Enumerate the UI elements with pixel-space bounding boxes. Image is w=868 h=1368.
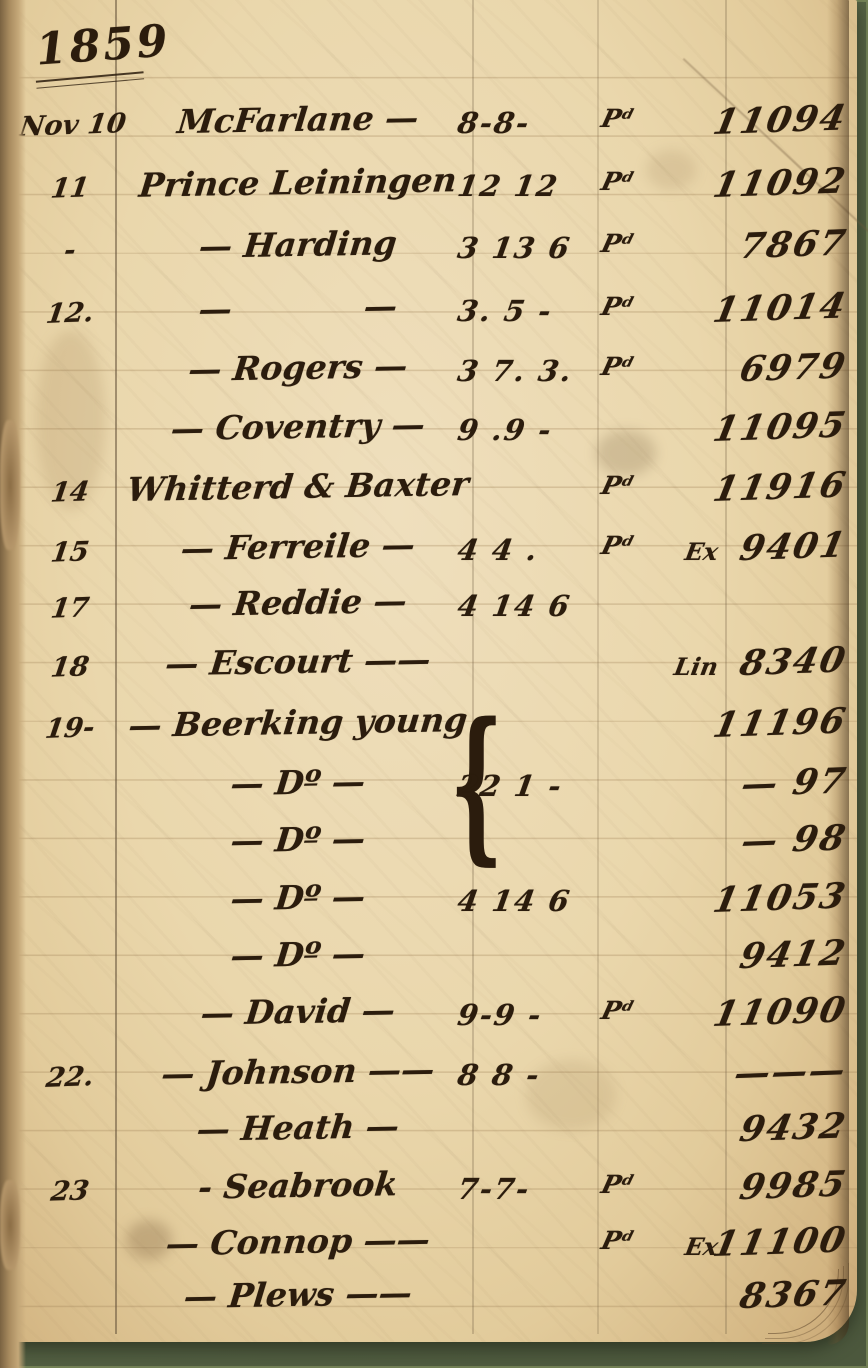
name-cell: — Reddie — [120,580,477,625]
ledger-row: 11 Prince Leiningen 12 12 Pᵈ 11092 [6,161,857,225]
ledger-row: — Dº — 9412 [6,933,857,997]
ledger-row: — Rogers — 3 7. 3. Pᵈ 6979 [6,346,857,410]
amount-cell: 12 12 [455,169,608,203]
folio-number-cell: 11094 [695,97,850,143]
name-cell: — Dº — [120,760,477,805]
name-cell: — — [120,285,477,330]
amount-cell: 8-8- [455,106,608,140]
date-cell: 17 [18,591,123,625]
folio-number-cell: — 97 [695,760,850,806]
name-cell: — Plews —— [120,1272,477,1317]
name-cell: — Coventry — [120,404,477,449]
ledger-row: — Dº — — 98 [6,818,857,882]
ledger-row: - — Harding 3 13 6 Pᵈ 7867 [6,223,857,287]
date-cell: 11 [18,171,123,205]
ledger-row: — Plews —— 8367 [6,1273,857,1337]
name-cell: — Dº — [120,875,477,920]
ledger-row: 19- — Beerking young 11196 [6,701,857,765]
amount-cell: 9-9 - [455,998,608,1032]
date-cell: 14 [18,475,123,509]
date-cell [20,943,121,946]
folio-number-cell: 11014 [695,285,850,331]
ledger-row: 15 — Ferreile — 4 4 . Pᵈ Ex 9401 [6,525,857,589]
amount-cell: 4 4 . [455,533,608,567]
folio-number-cell [699,580,846,585]
year-heading: 1859 [34,15,172,75]
ledger-row: 18 — Escourt —— Lin 8340 [6,640,857,704]
amount-cell: 7-7- [455,1172,608,1206]
name-cell: — Connop —— [120,1219,477,1264]
paid-mark: Pᵈ [598,292,661,321]
folio-number-cell: ——— [695,1049,850,1095]
folio-number-cell: 11916 [695,464,850,510]
name-cell: — Rogers — [120,345,477,390]
folio-number-cell: 8340 [695,639,850,685]
spine-tear [0,420,20,550]
date-cell: 18 [18,650,123,684]
name-cell: — Johnson —— [120,1049,477,1094]
name-cell: McFarlane — [120,97,477,142]
amount-cell: 9 .9 - [455,413,608,447]
book-spine-edge [0,0,26,1368]
folio-number-cell: 7867 [695,222,850,268]
name-cell: — Ferreile — [120,524,477,569]
date-cell [20,886,121,889]
ledger-row: — Heath — 9432 [6,1106,857,1170]
date-cell [20,1000,121,1003]
ledger-row: — David — 9-9 - Pᵈ 11090 [6,990,857,1054]
date-cell [20,771,121,774]
name-cell: — David — [120,989,477,1034]
paid-mark: Pᵈ [598,229,661,258]
ledger-row: 12. — — 3. 5 - Pᵈ 11014 [6,286,857,350]
folio-number-cell: — 98 [695,817,850,863]
amount-cell: 4 14 6 [455,884,608,918]
name-cell: — Dº — [120,932,477,977]
name-cell: Prince Leiningen [120,160,477,205]
amount-cell: 8 8 - [455,1058,608,1092]
amount-cell: 4 14 6 [455,589,608,623]
paid-mark: Pᵈ [598,352,661,381]
name-cell: — Heath — [120,1105,477,1150]
folio-number-cell: 11053 [695,875,850,921]
date-cell [20,1283,121,1286]
ledger-row: — Coventry — 9 .9 - 11095 [6,405,857,469]
date-cell [20,828,121,831]
folio-number-cell: 9401 [695,524,850,570]
folio-number-cell: 11092 [695,160,850,206]
paid-mark: Pᵈ [598,1170,661,1199]
date-cell [20,1230,121,1233]
amount-cell: 3 13 6 [455,231,608,265]
name-cell: Whitterd & Baxter [120,464,477,509]
ledger-page: 1859 { Nov 10 McFarlane — 8-8- Pᵈ 11094 … [6,0,857,1342]
amount-cell: 3 7. 3. [455,354,608,388]
folio-number-cell: 9432 [695,1105,850,1151]
spine-tear [0,1180,20,1270]
name-cell: — Harding [120,222,477,267]
ledger-row: 23 - Seabrook 7-7- Pᵈ 9985 [6,1164,857,1228]
folio-number-cell: 6979 [695,345,850,391]
name-cell: — Beerking young [120,700,477,745]
scanned-ledger-scene: 1859 { Nov 10 McFarlane — 8-8- Pᵈ 11094 … [0,0,868,1368]
paid-mark: Pᵈ [598,167,661,196]
folio-number-cell: 11196 [695,700,850,746]
folio-number-cell: 9985 [695,1163,850,1209]
name-cell: - Seabrook [120,1163,477,1208]
amount-cell: 22 1 - [455,769,608,803]
ledger-row: — Dº — 4 14 6 11053 [6,876,857,940]
paid-mark: Pᵈ [598,996,661,1025]
folio-number-cell: 8367 [695,1272,850,1318]
date-cell: - [18,233,123,267]
folio-number-cell: 11090 [695,989,850,1035]
ledger-row: 17 — Reddie — 4 14 6 [6,581,857,645]
folio-number-cell: 11095 [695,404,850,450]
ledger-row: 22. — Johnson —— 8 8 - ——— [6,1050,857,1114]
date-cell [20,356,121,359]
ledger-row: 14 Whitterd & Baxter Pᵈ 11916 [6,465,857,529]
ledger-row: — Dº — 22 1 - — 97 [6,761,857,825]
date-cell [20,415,121,418]
date-cell: Nov 10 [18,108,123,142]
name-cell: — Escourt —— [120,639,477,684]
amount-cell: 3. 5 - [455,294,608,328]
ledger-row: Nov 10 McFarlane — 8-8- Pᵈ 11094 [6,98,857,162]
folio-number-cell: 11100 [695,1219,850,1265]
folio-number-cell: 9412 [695,932,850,978]
paid-mark: Pᵈ [598,104,661,133]
date-cell: 23 [18,1174,123,1208]
date-cell [20,1116,121,1119]
name-cell: — Dº — [120,817,477,862]
date-cell: 12. [18,296,123,330]
date-cell: 22. [18,1060,123,1094]
date-cell: 19- [18,711,123,745]
paid-mark: Pᵈ [598,471,661,500]
date-cell: 15 [18,535,123,569]
